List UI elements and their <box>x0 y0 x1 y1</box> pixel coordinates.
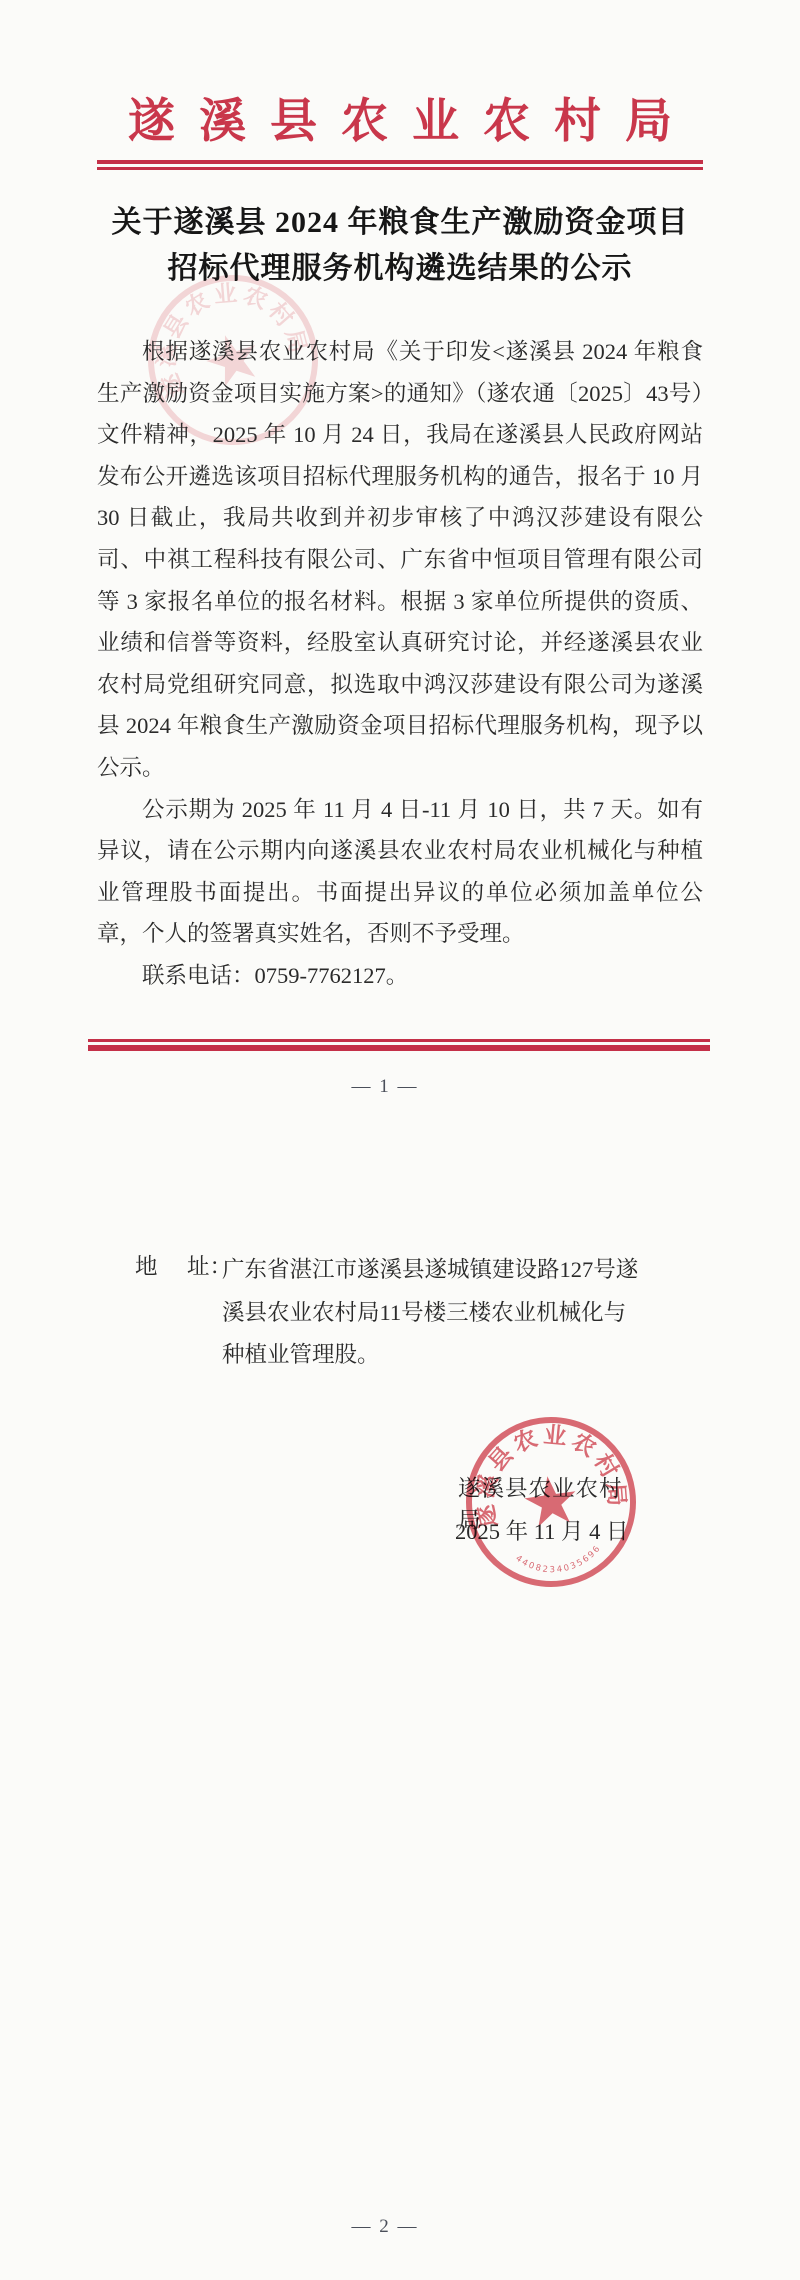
page-number-2: — 2 — <box>0 2216 770 2238</box>
contact-phone-line: 联系电话：0759-7762127。 <box>97 955 703 997</box>
signature-date: 2025 年 11 月 4 日 <box>455 1514 645 1546</box>
footer-thick-line <box>88 1045 710 1051</box>
notice-body: 根据遂溪县农业农村局《关于印发<遂溪县 2024 年粮食生产激励资金项目实施方案… <box>97 331 703 997</box>
scanned-notice-page: 遂溪县农业农村局 遂溪县农业农村局 关于遂溪县 2024 年粮食生产激励资金项目… <box>0 0 800 2280</box>
address-label-part1: 地 <box>135 1249 158 1281</box>
seal-code-text: 4408234035696 <box>512 1542 606 1581</box>
divider-thin-line <box>97 167 703 170</box>
letterhead-divider <box>97 160 703 170</box>
page-number-1: — 1 — <box>0 1076 770 1098</box>
page1-footer-divider <box>88 1039 710 1051</box>
letterhead-agency-name: 遂溪县农业农村局 <box>0 84 800 151</box>
body-paragraph-1: 根据遂溪县农业农村局《关于印发<遂溪县 2024 年粮食生产激励资金项目实施方案… <box>97 331 703 789</box>
notice-title: 关于遂溪县 2024 年粮食生产激励资金项目 招标代理服务机构遴选结果的公示 <box>60 200 740 292</box>
address-content: 广东省湛江市遂溪县遂城镇建设路127号遂 溪县农业农村局11号楼三楼农业机械化与… <box>222 1249 708 1377</box>
address-line-2: 溪县农业农村局11号楼三楼农业机械化与 <box>222 1292 708 1335</box>
svg-text:4408234035696: 4408234035696 <box>512 1542 606 1581</box>
notice-title-line1: 关于遂溪县 2024 年粮食生产激励资金项目 <box>60 200 740 246</box>
notice-title-line2: 招标代理服务机构遴选结果的公示 <box>60 246 740 292</box>
address-line-3: 种植业管理股。 <box>222 1334 708 1377</box>
body-paragraph-2: 公示期为 2025 年 11 月 4 日-11 月 10 日，共 7 天。如有异… <box>97 789 703 955</box>
address-line-1: 广东省湛江市遂溪县遂城镇建设路127号遂 <box>222 1249 708 1292</box>
